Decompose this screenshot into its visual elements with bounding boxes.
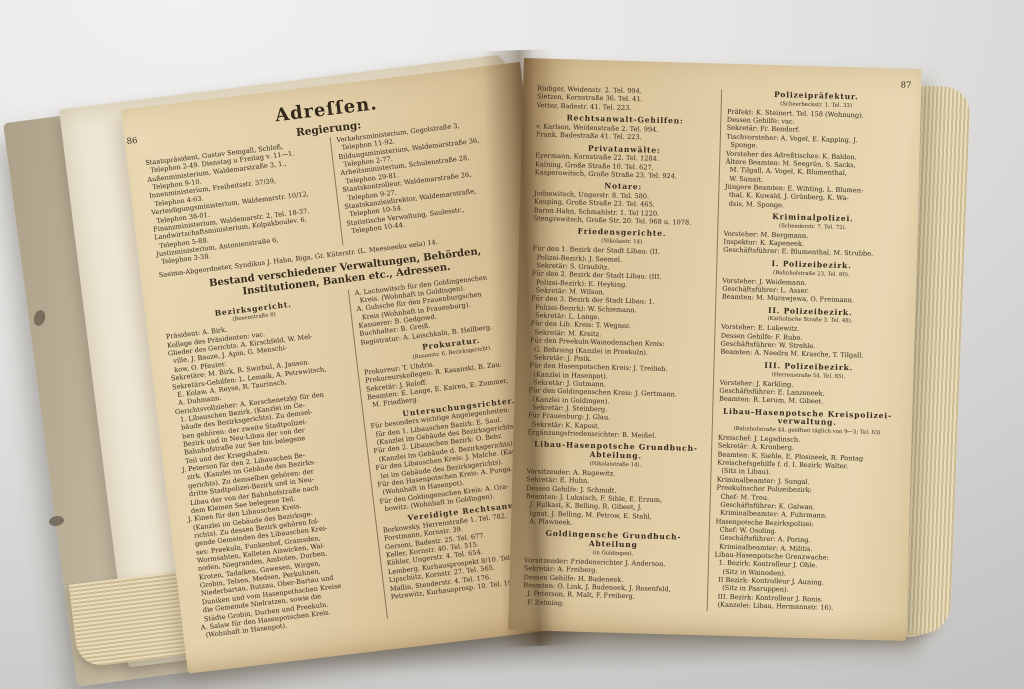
regierung-column-1: Staatspräsident, Gustav Semgall, Schloß,… <box>145 137 342 267</box>
kreispolizei-text: Kreischef: J. Legsdinsch. Sekretär: A. K… <box>713 434 895 614</box>
regierung-column-2: Verkehrsministerium, Gogolstraße 3, Tele… <box>329 115 527 245</box>
photo-background: 86 Adreſſen. Regierung: Staatspräsident,… <box>0 0 1024 689</box>
polizeibezirk-3-text: Vorsteher: J. Karkling. Geschäftsführer:… <box>719 378 897 408</box>
open-book: 86 Adreſſen. Regierung: Staatspräsident,… <box>0 0 1024 689</box>
left-page-number: 86 <box>126 136 138 147</box>
kriminalpolizei-text: Vorsteher: M. Bergmann. Inspektor: K. Ka… <box>723 229 901 259</box>
grundbuch-libau-text: Vorsitzender: A. Rugewitz. Sekretär: E. … <box>525 467 704 530</box>
right-page-column-2: Polizeipräfektur. (Scheerbeckstr. 1. Tel… <box>706 90 905 617</box>
privatanwaelte-text: Eyermann, Kornstraße 22. Tel. 1284. Kaln… <box>535 152 713 182</box>
notare-text: Jodsewitsch, Ungerstr. 8. Tel. 580. Kaup… <box>533 189 711 227</box>
right-page-columns: Rüdiger, Weidenstr. 2. Tel. 994. Sietzen… <box>523 84 905 616</box>
friedensgerichte-text: Für den 1. Bezirk der Stadt Libau: (II. … <box>527 245 710 442</box>
bezirksgericht-text: Präsident: A. Birk. Kollege des Präsiden… <box>166 312 381 640</box>
right-page-number: 87 <box>900 81 911 91</box>
gehilfen-text: v. Karlson, Weidenstraße 2. Tel. 994. Fr… <box>536 122 714 144</box>
anwaelte-fortsetzung-text: Rüdiger, Weidenstr. 2. Tel. 994. Sietzen… <box>537 84 715 114</box>
polizeibezirk-2-text: Vorsteher: E. Lukewitz. Dessen Gehilfe: … <box>720 323 898 361</box>
right-page-column-1: Rüdiger, Weidenstr. 2. Tel. 994. Sietzen… <box>523 84 721 611</box>
right-page: 87 Rüdiger, Weidenstr. 2. Tel. 994. Siet… <box>508 58 922 641</box>
polizeibezirk-1-text: Vorsteher: J. Weidemann. Geschäftsführer… <box>722 276 900 306</box>
polizeipraefektur-text: Präfekt: K. Steinert. Tel. 158 (Wohnung)… <box>724 107 904 212</box>
grundbuch-goldingen-text: Vorsitzender: Friedensrichter J. Anderso… <box>523 556 702 611</box>
